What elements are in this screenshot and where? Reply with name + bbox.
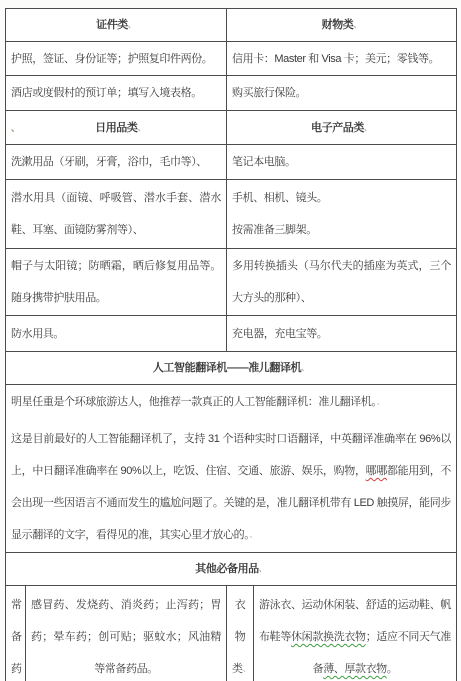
header-translator-label: 人工智能翻译机——准儿翻译机 [153, 362, 301, 374]
cell-diving-gear: 潜水用具（面镜、呼吸管、潜水手套、潜水鞋、耳塞、面镜防雾剂等）、 [6, 180, 227, 249]
cell-power-adapter: 多用转换插头（马尔代夫的插座为英式，三个大方头的那种）、 [227, 249, 457, 316]
medicine-label-char: 常 [11, 589, 20, 621]
translator-paragraph-1: 明星任重是个环球旅游达人，他推荐一款真正的人工智能翻译机：准儿翻译机。、 [11, 386, 451, 418]
row-booking-insurance: 酒店或度假村的预订单；填写入境表格。 购买旅行保险。 [6, 76, 457, 111]
paragraph-mark: 、 [243, 664, 251, 673]
cell-waterproof-gear: 防水用具。 [6, 316, 227, 352]
spellcheck-flagged-word: 哪哪 [366, 465, 387, 477]
header-cell-translator: 人工智能翻译机——准儿翻译机、 [6, 352, 457, 385]
document-page: { "marks": { "pm": "、", "stray": "、" }, … [0, 0, 461, 681]
translator-paragraph-2: 这是目前最好的人工智能翻译机了，支持 31 个语种实时口语翻译，中英翻译准确率在… [11, 423, 451, 551]
header-cell-other-essentials: 其他必备用品、 [6, 553, 457, 586]
header-cell-electronics: 电子产品类、 [227, 111, 457, 145]
clothes-label-char-text: 类 [232, 663, 243, 675]
cell-medicine-label: 常 备 药 [6, 586, 26, 681]
packing-checklist-table: 证件类、 财物类、 护照，签证、身份证等；护照复印件两份。 信用卡：Master… [5, 8, 457, 681]
paragraph-mark: 、 [364, 123, 372, 132]
cell-hat-sunscreen: 帽子与太阳镜；防晒霜，晒后修复用品等。随身携带护肤用品。 [6, 249, 227, 316]
cell-chargers: 充电器，充电宝等。 [227, 316, 457, 352]
header-valuables-label: 财物类 [322, 19, 354, 31]
header-row-documents-valuables: 证件类、 财物类、 [6, 9, 457, 42]
clothes-items-text-3: 。 [387, 663, 398, 675]
cell-phone-camera: 手机、相机、镜头。 按需准备三脚架。 [227, 180, 457, 249]
cell-credit-cards: 信用卡：Master 和 Visa 卡；美元；零钱等。 [227, 42, 457, 76]
row-medicine-clothes: 常 备 药 感冒药、发烧药、消炎药；止泻药；胃药；晕车药；创可贴；驱蚊水；风油精… [6, 586, 457, 681]
header-cell-valuables: 财物类、 [227, 9, 457, 42]
row-waterproof-charger: 防水用具。 充电器，充电宝等。 [6, 316, 457, 352]
cell-clothes-items: 游泳衣、运动休闲装、舒适的运动鞋、帆布鞋等休闲款换洗衣物；适应不同天气准备薄、厚… [254, 586, 457, 681]
paragraph-mark: 、 [138, 123, 146, 132]
medicine-label-char: 备 [11, 621, 20, 653]
cell-clothes-label: 衣 物 类、 [227, 586, 254, 681]
stray-punctuation-mark: 、 [11, 112, 20, 144]
row-sun-protection-adapter: 帽子与太阳镜；防晒霜，晒后修复用品等。随身携带护肤用品。 多用转换插头（马尔代夫… [6, 249, 457, 316]
row-toiletries-laptop: 洗漱用品（牙刷，牙膏，浴巾，毛巾等）、 笔记本电脑。 [6, 145, 457, 180]
header-row-translator: 人工智能翻译机——准儿翻译机、 [6, 352, 457, 385]
cell-passport-visa: 护照，签证、身份证等；护照复印件两份。 [6, 42, 227, 76]
header-row-daily-electronics: 、日用品类、 电子产品类、 [6, 111, 457, 145]
clothes-label-char: 物 [232, 621, 248, 653]
cell-laptop: 笔记本电脑。 [227, 145, 457, 180]
translator-recommendation-text: 明星任重是个环球旅游达人，他推荐一款真正的人工智能翻译机：准儿翻译机。 [11, 396, 377, 408]
cell-toiletries: 洗漱用品（牙刷，牙膏，浴巾，毛巾等）、 [6, 145, 227, 180]
header-row-other-essentials: 其他必备用品、 [6, 553, 457, 586]
paragraph-mark: 、 [259, 564, 267, 573]
clothes-label-char: 类、 [232, 653, 248, 681]
header-daily-goods-label: 日用品类 [95, 122, 137, 134]
row-diving-gear-phone: 潜水用具（面镜、呼吸管、潜水手套、潜水鞋、耳塞、面镜防雾剂等）、 手机、相机、镜… [6, 180, 457, 249]
cell-travel-insurance: 购买旅行保险。 [227, 76, 457, 111]
paragraph-mark: 、 [377, 397, 385, 406]
phone-camera-line: 手机、相机、镜头。 [232, 182, 451, 214]
cell-translator-description: 明星任重是个环球旅游达人，他推荐一款真正的人工智能翻译机：准儿翻译机。、 这是目… [6, 385, 457, 553]
grammar-flagged-phrase-1: 休闲款换洗衣物 [291, 631, 366, 643]
cell-medicine-items: 感冒药、发烧药、消炎药；止泻药；胃药；晕车药；创可贴；驱蚊水；风油精等常备药品。 [26, 586, 227, 681]
medicine-label-char: 药 [11, 653, 20, 681]
header-cell-daily-goods: 、日用品类、 [6, 111, 227, 145]
paragraph-mark: 、 [249, 530, 257, 539]
header-cell-documents: 证件类、 [6, 9, 227, 42]
row-translator-description: 明星任重是个环球旅游达人，他推荐一款真正的人工智能翻译机：准儿翻译机。、 这是目… [6, 385, 457, 553]
header-electronics-label: 电子产品类 [311, 122, 364, 134]
clothes-label-char: 衣 [232, 589, 248, 621]
paragraph-mark: 、 [301, 363, 309, 372]
header-documents-label: 证件类 [96, 19, 128, 31]
grammar-flagged-phrase-2: 薄、厚款衣物 [323, 663, 387, 675]
tripod-line: 按需准备三脚架。 [232, 214, 451, 246]
header-other-essentials-label: 其他必备用品 [195, 563, 259, 575]
row-passport-creditcard: 护照，签证、身份证等；护照复印件两份。 信用卡：Master 和 Visa 卡；… [6, 42, 457, 76]
paragraph-mark: 、 [353, 20, 361, 29]
cell-hotel-booking: 酒店或度假村的预订单；填写入境表格。 [6, 76, 227, 111]
paragraph-mark: 、 [128, 20, 136, 29]
